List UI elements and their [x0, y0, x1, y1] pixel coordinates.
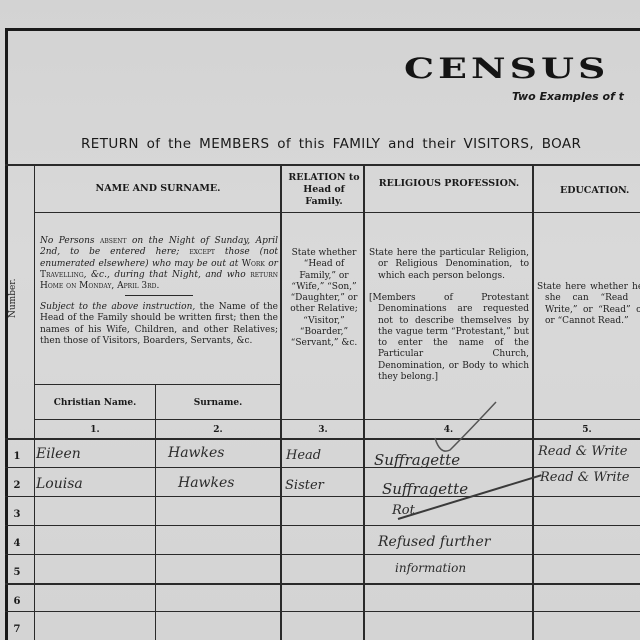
relation-entry: Head: [286, 448, 321, 463]
christian-name-entry: Eileen: [36, 446, 81, 462]
religion-note: Refused further: [378, 534, 490, 550]
col-divider: [34, 166, 35, 640]
instr-text: , &c., during that Night, and who: [84, 270, 246, 280]
row-number: 7: [8, 624, 26, 635]
col-divider: [532, 166, 534, 640]
row-number: 4: [8, 538, 26, 549]
religion-instruction-2: [Members of Protestant Denominations are…: [369, 293, 529, 383]
census-title: CENSUS: [404, 52, 609, 85]
christian-name-header: Christian Name.: [36, 397, 154, 409]
row-line-thick: [5, 583, 640, 585]
return-heading: RETURN of the MEMBERS of this FAMILY and…: [81, 136, 581, 152]
check-mark-icon: [430, 400, 500, 460]
instr-text: except: [189, 247, 215, 257]
table-top-border: [5, 164, 640, 166]
surname-header: Surname.: [157, 397, 279, 409]
census-subtitle: Two Examples of t: [512, 90, 624, 103]
row-number: 3: [8, 509, 26, 520]
row-number: 6: [8, 596, 26, 607]
relation-instruction: State whether “Head of Family,” or “Wife…: [286, 248, 362, 350]
religion-instruction-1: State here the particular Religion, or R…: [369, 248, 529, 282]
row-line: [5, 467, 640, 468]
header-divider: [35, 212, 640, 213]
education-entry: Read & Write: [540, 470, 629, 485]
education-header: EDUCATION.: [560, 185, 640, 197]
col-number-1: 1.: [36, 425, 154, 435]
col-number-2: 2.: [157, 425, 279, 435]
row-line: [5, 525, 640, 526]
name-surname-header: NAME AND SURNAME.: [36, 183, 280, 195]
instr-text: Work: [242, 259, 265, 269]
surname-entry: Hawkes: [168, 445, 225, 461]
row-number: 1: [8, 451, 26, 462]
data-top-border: [5, 438, 640, 440]
row-line: [5, 554, 640, 555]
instr-text: Subject to the above instruction,: [40, 302, 195, 312]
instr-text: No Persons: [40, 236, 95, 246]
christian-name-entry: Louisa: [36, 476, 83, 492]
religion-note: information: [395, 561, 466, 575]
colnum-top: [35, 419, 640, 420]
col-divider: [363, 166, 365, 640]
name-instruction-absent: No Persons absent on the Night of Sunday…: [40, 236, 278, 292]
instr-text: Travelling: [40, 270, 84, 280]
col-number-5: 5.: [534, 425, 640, 435]
instr-text: absent: [100, 236, 126, 246]
subheader-top: [35, 384, 280, 385]
relation-header: RELATION to Head of Family.: [284, 172, 364, 208]
name-instruction-order: Subject to the above instruction, the Na…: [40, 302, 278, 347]
religion-entry: Suffragette: [382, 480, 468, 498]
row-line: [5, 496, 640, 497]
row-line: [5, 611, 640, 612]
census-sheet: CENSUS Two Examples of t RETURN of the M…: [0, 0, 640, 640]
col-number-3: 3.: [282, 425, 364, 435]
relation-entry: Sister: [285, 478, 324, 493]
instr-text: or: [268, 259, 278, 269]
education-entry: Read & Write: [538, 444, 627, 459]
col-divider: [280, 166, 282, 640]
surname-entry: Hawkes: [178, 475, 235, 491]
row-number: 2: [8, 480, 26, 491]
number-column-label: Number.: [8, 279, 18, 318]
religion-header: RELIGIOUS PROFESSION.: [366, 178, 532, 190]
instruction-separator: [125, 295, 193, 296]
education-instruction: State here whether he or she can “Read a…: [537, 282, 640, 327]
col-divider: [155, 384, 156, 640]
row-number: 5: [8, 567, 26, 578]
